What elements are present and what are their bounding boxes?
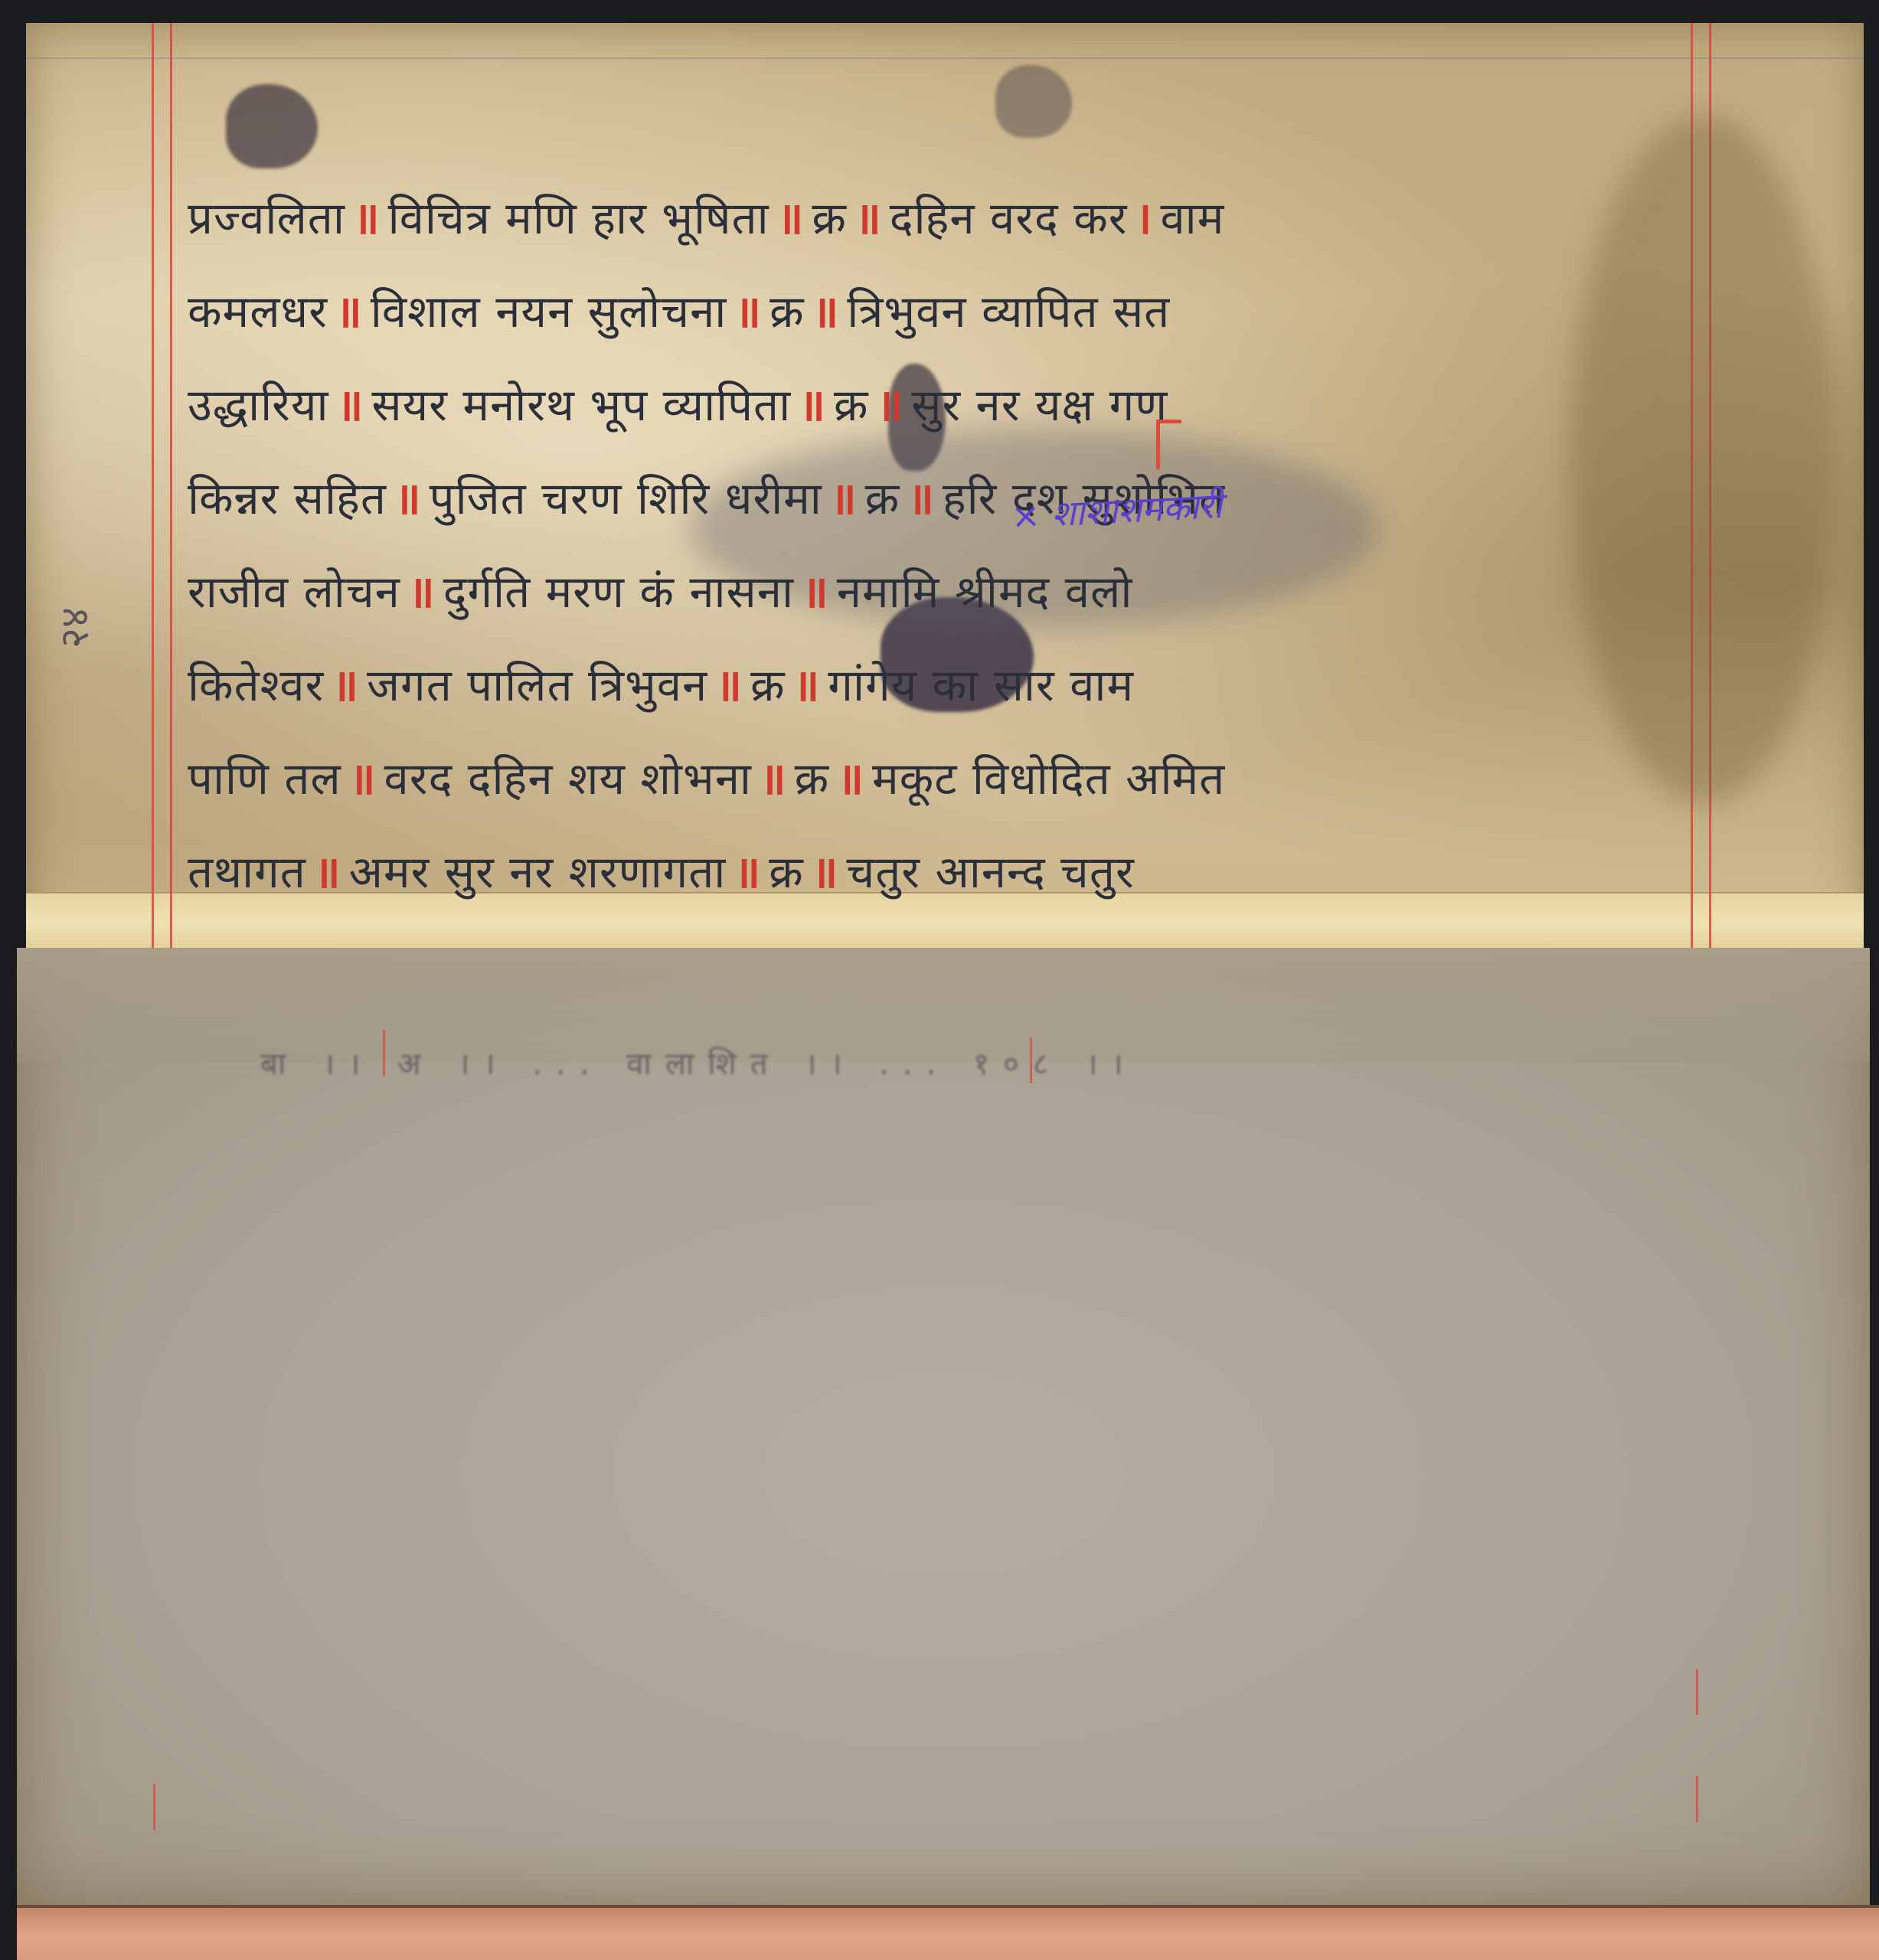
top-rule: [26, 57, 1864, 59]
manuscript-line-4: किन्नर सहित॥पुजित चरण शिरि धरीमा॥क्र॥हरि…: [188, 460, 1704, 554]
left-margin-rule-2: [170, 23, 172, 949]
manuscript-line-1: प्रज्वलिता॥विचित्र मणि हार भूषिता॥क्र॥दह…: [188, 180, 1704, 273]
red-ruling-trace: [1030, 1037, 1032, 1083]
left-margin-rule: [152, 23, 154, 949]
cover-board: [17, 948, 1870, 1905]
manuscript-line-6: कितेश्वर॥जगत पालित त्रिभुवन॥क्र॥गांगेय क…: [188, 647, 1704, 740]
manuscript-text: प्रज्वलिता॥विचित्र मणि हार भूषिता॥क्र॥दह…: [188, 180, 1704, 927]
manuscript-line-8: तथागत॥अमर सुर नर शरणागता॥क्र॥चतुर आनन्द …: [188, 834, 1704, 927]
folio-number-margin: २४: [47, 398, 132, 857]
manuscript-line-7: पाणि तल॥वरद दहिन शय शोभना॥क्र॥मकूट विधोद…: [188, 740, 1704, 834]
red-ruling-trace: [383, 1030, 385, 1076]
red-correction-mark: [1156, 420, 1181, 469]
offset-ink-trace: बा ।। अ ।। ... वालाशित ।। ... १०८ ।।: [260, 1041, 1332, 1083]
ink-stain: [995, 65, 1072, 138]
red-ruling-trace: [1696, 1669, 1698, 1715]
ink-stain: [226, 84, 318, 168]
manuscript-photo: प्रज्वलिता॥विचित्र मणि हार भूषिता॥क्र॥दह…: [0, 0, 1879, 1960]
red-ruling-trace: [1696, 1776, 1698, 1822]
red-ruling-trace: [153, 1784, 155, 1830]
manuscript-line-3: उद्धारिया॥सयर मनोरथ भूप व्यापिता॥क्र॥सुर…: [188, 367, 1704, 460]
manuscript-line-2: कमलधर॥विशाल नयन सुलोचना॥क्र॥त्रिभुवन व्य…: [188, 273, 1704, 367]
wooden-base-strip: [17, 1905, 1879, 1960]
manuscript-line-5: राजीव लोचन॥दुर्गति मरण कं नासना॥नमामि श्…: [188, 554, 1704, 647]
